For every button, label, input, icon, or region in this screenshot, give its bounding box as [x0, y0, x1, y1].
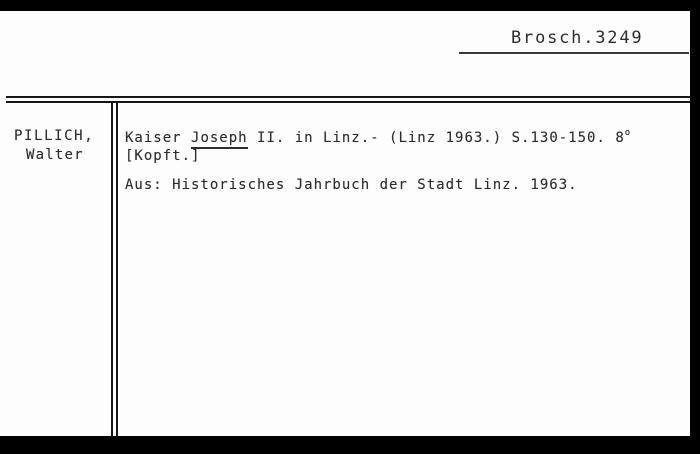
subtitle-line: [Kopft.]	[125, 147, 200, 165]
reference-number-underline	[459, 52, 689, 54]
title-line: Kaiser Joseph II. in Linz.- (Linz 1963.)…	[125, 124, 630, 147]
reference-number: Brosch.3249	[511, 28, 643, 48]
scan-edge-top	[0, 0, 700, 11]
source-line: Aus: Historisches Jahrbuch der Stadt Lin…	[125, 176, 578, 194]
author-surname: PILLICH,	[14, 127, 94, 145]
scan-edge-bottom	[0, 436, 700, 454]
header-double-rule	[6, 96, 691, 103]
catalog-card-scan: Brosch.3249 PILLICH, Walter Kaiser Josep…	[0, 0, 700, 454]
author-column-double-rule	[111, 103, 118, 437]
scan-edge-right	[690, 0, 700, 454]
title-suffix: II. in Linz.- (Linz 1963.) S.130-150. 8	[248, 130, 625, 146]
title-format-superscript: o	[625, 128, 630, 138]
title-prefix: Kaiser	[125, 130, 191, 146]
author-forename: Walter	[26, 146, 84, 164]
